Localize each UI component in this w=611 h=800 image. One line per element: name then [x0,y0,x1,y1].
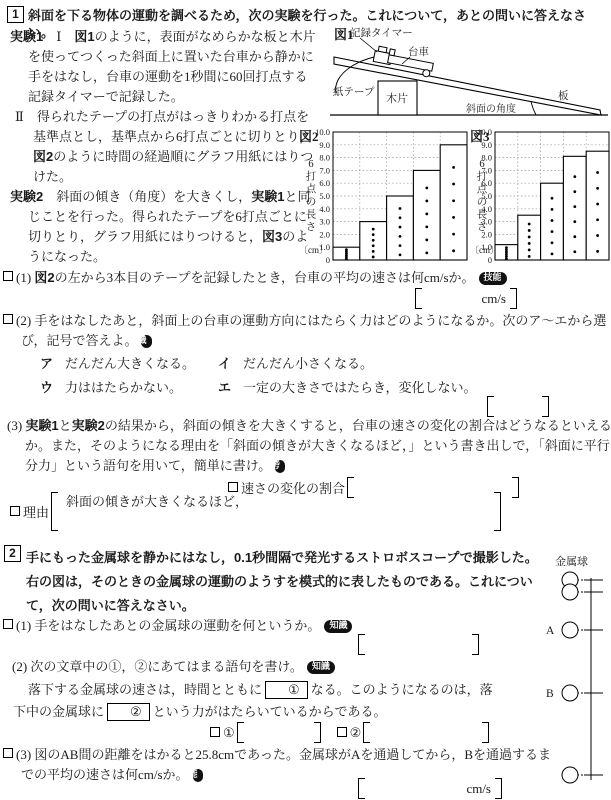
svg-text:8.0: 8.0 [481,153,492,163]
p2-q1-text: 手をはなしたあとの金属球の運動を何というか。 [34,618,320,633]
p2-q2-text: 次の文章中の①，②にあてはまる語句を書け。 [30,659,302,674]
option-text: 一定の大きさではたらき，変化しない。 [243,380,476,395]
svg-text:4.0: 4.0 [319,204,330,214]
p1-q2-knowledge-badge: 知識 [141,335,151,348]
p2-q1-checkbox[interactable] [3,619,13,629]
p1-q1-answer-unit: cm/s [422,291,510,307]
p1-q3-thinking-badge: 思考 [275,460,285,473]
svg-text:さ: さ [306,221,317,233]
answer-bracket-right [482,722,489,743]
p2-question2: (2) 次の文章中の①，②にあてはまる語句を書け。知識 [12,657,532,677]
timer-pointer-line [360,38,377,52]
p2-q2-body-a: 落下する金属球の速さは，時間とともに [28,682,262,697]
figure3-bar-chart: 図36打点の長さ〔cm〕1.02.03.04.05.06.07.08.09.01… [468,127,611,265]
p2-q3-text: 図のAB間の距離をはかると25.8cmであった。金属球がAを通過してから，Bを通… [21,747,551,782]
option-text: だんだん大きくなる。 [65,356,195,371]
svg-text:9.0: 9.0 [319,140,330,150]
p2-q2-ans2-checkbox[interactable] [337,727,347,737]
p2-q1-knowledge-badge: 知識 [324,620,352,633]
svg-text:の: の [306,197,317,208]
p1-q3-ans1-checkbox[interactable] [228,482,238,492]
problem1-experiments: 実験1 Ⅰ 図1のように，表面がなめらかな板と木片を使ってつくった斜面上に置いた… [10,27,318,267]
board-label: 板 [558,89,569,102]
svg-text:3.0: 3.0 [481,217,492,227]
p1-q1-answer-blank[interactable]: cm/s [415,288,517,309]
p1-q3-number: (3) [7,418,22,433]
svg-text:10.0: 10.0 [477,127,492,137]
p2-q2-body: 落下する金属球の速さは，時間とともに①なる。このようになるのは，落下中の金属球に… [13,679,505,723]
p2-q2-blank1-box[interactable]: ① [265,681,308,699]
answer-bracket-left [51,492,58,531]
answer-bracket-right [314,722,321,743]
answer-bracket-left [363,722,370,743]
problem2-number: 2 [4,545,21,562]
svg-text:2.0: 2.0 [319,229,330,239]
p1-q3-ans2-prefill: 斜面の傾きが大きくなるほど， [58,492,494,510]
p2-question1: (1) 手をはなしたあとの金属球の運動を何というか。知識 [3,616,533,636]
answer-bracket-right [494,492,501,531]
p1-q2-option-i[interactable]: イだんだん小さくなる。 [218,353,373,372]
p2-q2-body-c: という力がはたらいているからである。 [153,704,387,719]
p2-q3-number: (3) [16,747,31,762]
svg-text:1.0: 1.0 [319,242,330,252]
worksheet-page: 1 斜面を下る物体の運動を調べるため，次の実験を行った。これについて，あとの問い… [0,0,611,800]
p1-question3: (3) 実験1と実験2の結果から，斜面の傾きを大きくすると，台車の速さの変化の割… [7,416,611,476]
experiment2-paragraph: 実験2 斜面の傾き（角度）を大きくし，実験1と同じことを行った。得られたテープを… [10,187,318,267]
problem2-title: 手にもった金属球を静かにはなし，0.1秒間隔で発光するストロボスコープで撮影した… [26,546,538,618]
experiment1-step2-paragraph: Ⅱ 得られたテープの打点がはっきりわかる打点を基準点とし，基準点から6打点ごとに… [15,107,318,187]
p2-q2-ans2-label: ② [350,725,362,741]
p2-q3-skill-badge: 技能 [193,769,203,782]
answer-bracket-left [237,722,244,743]
p1-q2-number: (2) [16,313,31,328]
p1-q1-checkbox[interactable] [3,271,13,281]
answer-bracket-left [358,778,365,799]
svg-text:6.0: 6.0 [481,178,492,188]
angle-label: 斜面の角度 [466,102,516,115]
figure1-incline-diagram: 図1 木片 記録タイマー 台車 紙テープ 斜面の角度 板 [330,24,611,124]
dashed-connectors [573,580,586,775]
svg-text:長: 長 [306,208,317,220]
svg-text:4.0: 4.0 [481,204,492,214]
option-key: ア [40,356,53,371]
cart-label: 台車 [408,45,429,58]
option-key: ウ [40,380,53,395]
answer-bracket-left [358,634,365,655]
ball-positions [562,572,578,783]
p2-q1-number: (1) [16,618,31,633]
svg-text:点: 点 [306,182,317,195]
answer-bracket-left [487,396,494,417]
svg-text:0: 0 [326,255,330,265]
p1-q3-text: 実験1と実験2の結果から，斜面の傾きを大きくすると，台車の速さの変化の割合はどう… [25,418,611,473]
p2-q2-knowledge-badge: 知識 [307,661,335,674]
p1-question2: (2) 手をはなしたあと，斜面上の台車の運動方向にはたらく力はどのようになるか。… [3,311,611,351]
wood-block-label: 木片 [386,91,408,105]
p2-q2-blank2-box[interactable]: ② [107,703,150,721]
timer-label: 記録タイマー [350,26,413,39]
answer-bracket-right [510,288,517,309]
p1-q3-ans2-label: 理由 [23,502,49,521]
p1-q2-text: 手をはなしたあと，斜面上の台車の運動方向にはたらく力はどのようになるか。次のア～… [21,313,606,348]
p2-q1-answer-blank[interactable] [358,634,479,655]
answer-bracket-right [495,778,502,799]
position-a-label: A [546,625,555,637]
figure2-bar-chart: 図26打点の長さ〔cm〕1.02.03.04.05.06.07.08.09.01… [297,127,469,265]
option-text: だんだん小さくなる。 [243,356,373,371]
angle-arc [531,102,536,115]
svg-text:6: 6 [308,159,313,170]
p1-q1-number: (1) [16,270,31,285]
svg-text:5.0: 5.0 [319,191,330,201]
metal-ball-label: 金属球 [555,554,588,568]
position-b-label: B [546,688,554,700]
p2-q3-answer-unit: cm/s [365,781,495,797]
p1-q1-text: 図2の左から3本目のテープを記録したとき，台車の平均の速さは何cm/sか。 [34,270,474,285]
p1-question1: (1) 図2の左から3本目のテープを記録したとき，台車の平均の速さは何cm/sか… [3,268,607,288]
tape-label: 紙テープ [333,85,375,98]
p1-q3-ans2-checkbox[interactable] [10,506,20,516]
p1-q2-option-e[interactable]: エ一定の大きさではたらき，変化しない。 [218,377,477,396]
svg-text:3.0: 3.0 [319,217,330,227]
answer-bracket-left [415,288,422,309]
problem1-number: 1 [7,6,24,23]
p2-q3-answer-blank[interactable]: cm/s [358,778,502,799]
p2-q2-ans1-checkbox[interactable] [210,727,220,737]
svg-text:7.0: 7.0 [481,165,492,175]
p1-q1-skill-badge: 技能 [479,272,507,285]
p2-q2-number: (2) [12,659,27,674]
strobe-ball-figure: 金属球 A B [540,548,610,796]
svg-text:6.0: 6.0 [319,178,330,188]
svg-text:8.0: 8.0 [319,153,330,163]
experiment1-paragraph: 実験1 Ⅰ 図1のように，表面がなめらかな板と木片を使ってつくった斜面上に置いた… [10,27,318,107]
option-key: エ [218,380,231,395]
svg-text:0: 0 [488,255,492,265]
svg-text:5.0: 5.0 [481,191,492,201]
svg-text:7.0: 7.0 [319,165,330,175]
svg-text:2.0: 2.0 [481,229,492,239]
ruler-ticks [584,580,603,775]
p1-q2-option-a[interactable]: アだんだん大きくなる。 [40,353,195,372]
p2-q3-checkbox[interactable] [3,748,13,758]
svg-text:10.0: 10.0 [315,127,330,137]
option-text: 力ははたらかない。 [65,380,182,395]
answer-bracket-right [512,477,519,498]
svg-text:9.0: 9.0 [481,140,492,150]
svg-text:打: 打 [306,170,317,183]
p1-q2-option-u[interactable]: ウ力ははたらかない。 [40,377,182,396]
p1-q2-answer-blank[interactable] [487,396,549,417]
p2-q2-answers: ① ② [210,722,489,743]
option-key: イ [218,356,231,371]
answer-bracket-right [542,396,549,417]
p1-q3-answer2[interactable]: 理由 斜面の傾きが大きくなるほど， [10,492,501,531]
answer-bracket-right [472,634,479,655]
svg-text:1.0: 1.0 [481,242,492,252]
p1-q2-checkbox[interactable] [3,314,13,324]
p2-q2-ans1-label: ① [223,725,235,741]
